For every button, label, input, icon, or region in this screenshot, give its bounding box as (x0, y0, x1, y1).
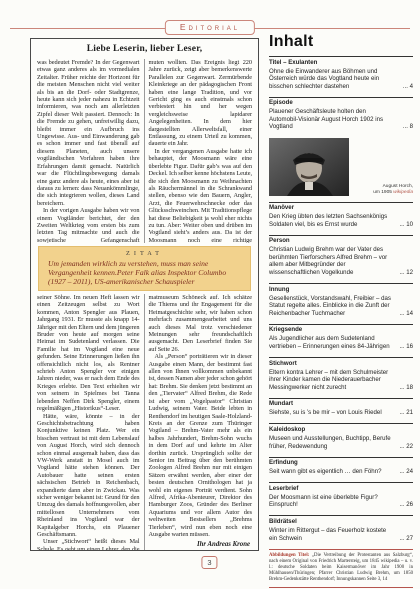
toc-section: Erfindung Seit wann gibt es eigentlich …… (269, 457, 413, 476)
photo-caption: August Horch, um 1905 wikipedia (349, 184, 413, 196)
table-of-contents: Inhalt Titel – Exulanten Ohne die Einwan… (269, 33, 413, 588)
toc-entry-text: Museen und Ausstellungen, Buchtipp, Beru… (269, 435, 391, 450)
editor-signature: Ihr Andreas Krone (149, 541, 253, 548)
editorial-paragraph: matmuseum Schöneck auf. Ich schätze die … (149, 294, 253, 353)
editorial-paragraph: Als „Person“ porträtieren wir in dieser … (149, 353, 253, 538)
toc-entry-text: Winter im Rittergut – das Feuerholz kost… (269, 527, 386, 542)
editorial-column-2-top: muten wollten. Das Ereignis liegt 220 Ja… (145, 59, 254, 243)
toc-page-number: 14 (399, 310, 413, 318)
toc-category: Mundart (269, 400, 413, 408)
toc-entry-text: Eltern kontra Lehrer – mit dem Schulmeis… (269, 369, 388, 391)
toc-page-number: 8 (403, 123, 413, 131)
editorial-paragraph: seiner Söhne. Im neuen Heft lassen wir e… (37, 294, 140, 413)
editorial-salutation: Liebe Leserin, lieber Leser, (36, 44, 253, 55)
editorial-lower-columns: seiner Söhne. Im neuen Heft lassen wir e… (36, 294, 253, 550)
editorial-letter-box: Liebe Leserin, lieber Leser, was bedeute… (30, 38, 259, 551)
editorial-paragraph: was bedeutet Fremde? In der Gegenwart et… (37, 59, 140, 207)
toc-page-number: 22 (399, 443, 413, 451)
toc-category: Kriegsende (269, 326, 413, 334)
toc-entry: Museen und Ausstellungen, Buchtipp, Beru… (269, 435, 413, 450)
toc-category: Episode (269, 99, 413, 107)
toc-entry: Den Krieg übten des letzten Sachsenkönig… (269, 213, 413, 228)
editorial-section-label: Editorial (165, 20, 255, 35)
toc-entry: Plauener Geschäftsleute holten den Autom… (269, 108, 413, 131)
toc-section: Mundart Siehste, su is ’s be mir – von L… (269, 398, 413, 417)
toc-entry: Der Moosmann ist eine überlebte Figur? E… (269, 494, 413, 509)
toc-section: Kriegsende Als Jugendlicher aus dem Sude… (269, 324, 413, 351)
toc-title: Inhalt (269, 33, 413, 51)
toc-entry: Eltern kontra Lehrer – mit dem Schulmeis… (269, 369, 413, 392)
quote-box: Zitat Um jemanden wirklich zu verstehen,… (38, 246, 251, 291)
toc-section: Leserbrief Der Moosmann ist eine überleb… (269, 482, 413, 509)
toc-entry-text: Ohne die Einwanderer aus Böhmen und Öste… (269, 68, 379, 90)
toc-category: Manöver (269, 204, 413, 212)
editorial-paragraph: Unser „Stichwort“ heißt dieses Mal Schul… (37, 538, 140, 550)
toc-section: Manöver Den Krieg übten des letzten Sach… (269, 202, 413, 229)
toc-page-number: 21 (399, 409, 413, 417)
toc-entry: Winter im Rittergut – das Feuerholz kost… (269, 527, 413, 542)
toc-category: Bildrätsel (269, 518, 413, 526)
toc-photo-row: August Horch, um 1905 wikipedia (269, 138, 413, 196)
toc-page-number: 12 (399, 269, 413, 277)
toc-category: Erfindung (269, 459, 413, 467)
credits-label: Abbildungen Titel: (269, 553, 309, 558)
quote-label: Zitat (48, 250, 241, 257)
toc-entry-text: Seit wann gibt es eigentlich … den Föhn? (269, 468, 381, 475)
toc-entry: Als Jugendlicher aus dem Sudetenland ver… (269, 335, 413, 350)
cover-image-credits: Abbildungen Titel: „Die Vertreibung der … (269, 549, 413, 588)
toc-entry: Christian Ludwig Brehm war der Vater des… (269, 246, 413, 276)
toc-entry-text: Gesellenstück, Vorstandswahl, Freibier –… (269, 295, 391, 317)
editorial-paragraph: In der vergangenen Ausgabe hatte ich beh… (149, 148, 253, 243)
quote-text: Um jemanden wirklich zu verstehen, muss … (48, 259, 241, 286)
page-number: 3 (201, 556, 217, 569)
editorial-column-2-bottom: matmuseum Schöneck auf. Ich schätze die … (145, 294, 254, 550)
toc-category: Kaleidoskop (269, 426, 413, 434)
editorial-paragraph: Hätte, wäre, könnte – in der Geschichtsb… (37, 413, 140, 539)
photo-caption-date: um 1905 wikipedia (353, 190, 413, 196)
toc-page-number: 18 (399, 384, 413, 392)
editorial-column-1-bottom: seiner Söhne. Im neuen Heft lassen wir e… (36, 294, 145, 550)
toc-entry: Siehste, su is ’s be mir – von Louis Rie… (269, 409, 413, 417)
toc-section: Titel – Exulanten Ohne die Einwanderer a… (269, 56, 413, 90)
toc-category: Leserbrief (269, 485, 413, 493)
toc-page-number: 24 (399, 468, 413, 476)
toc-entry-text: Siehste, su is ’s be mir – von Louis Rie… (269, 409, 382, 416)
toc-page-number: 27 (399, 535, 413, 543)
toc-page-number: 10 (399, 221, 413, 229)
toc-page-number: 16 (399, 343, 413, 351)
toc-section: Kaleidoskop Museen und Ausstellungen, Bu… (269, 423, 413, 450)
toc-section: Stichwort Eltern kontra Lehrer – mit dem… (269, 357, 413, 391)
toc-entry-text: Der Moosmann ist eine überlebte Figur? E… (269, 494, 378, 509)
toc-section: Person Christian Ludwig Brehm war der Va… (269, 235, 413, 277)
toc-page-number: 4 (403, 83, 413, 91)
toc-entry-text: Christian Ludwig Brehm war der Vater des… (269, 246, 387, 276)
toc-category: Person (269, 237, 413, 245)
toc-section: Innung Gesellenstück, Vorstandswahl, Fre… (269, 283, 413, 317)
toc-entry: Gesellenstück, Vorstandswahl, Freibier –… (269, 295, 413, 318)
august-horch-photo (269, 138, 349, 196)
photo-credit: wikipedia (393, 190, 413, 195)
toc-category: Stichwort (269, 360, 413, 368)
editorial-column-1-top: was bedeutet Fremde? In der Gegenwart et… (36, 59, 145, 243)
toc-category: Titel – Exulanten (269, 59, 413, 67)
toc-category: Innung (269, 286, 413, 294)
toc-section: Bildrätsel Winter im Rittergut – das Feu… (269, 515, 413, 542)
toc-entry: Ohne die Einwanderer aus Böhmen und Öste… (269, 68, 413, 91)
editorial-paragraph: In der vorigen Ausgabe haben wir von ein… (37, 207, 140, 243)
editorial-paragraph: muten wollten. Das Ereignis liegt 220 Ja… (149, 59, 253, 148)
toc-entry-text: Plauener Geschäftsleute holten den Autom… (269, 108, 383, 130)
toc-entry-text: Den Krieg übten des letzten Sachsenkönig… (269, 213, 387, 228)
toc-section: Episode Plauener Geschäftsleute holten d… (269, 97, 413, 131)
editorial-upper-columns: was bedeutet Fremde? In der Gegenwart et… (36, 59, 253, 243)
toc-entry-text: Als Jugendlicher aus dem Sudetenland ver… (269, 335, 390, 350)
toc-page-number: 26 (399, 501, 413, 509)
toc-entry: Seit wann gibt es eigentlich … den Föhn?… (269, 468, 413, 476)
